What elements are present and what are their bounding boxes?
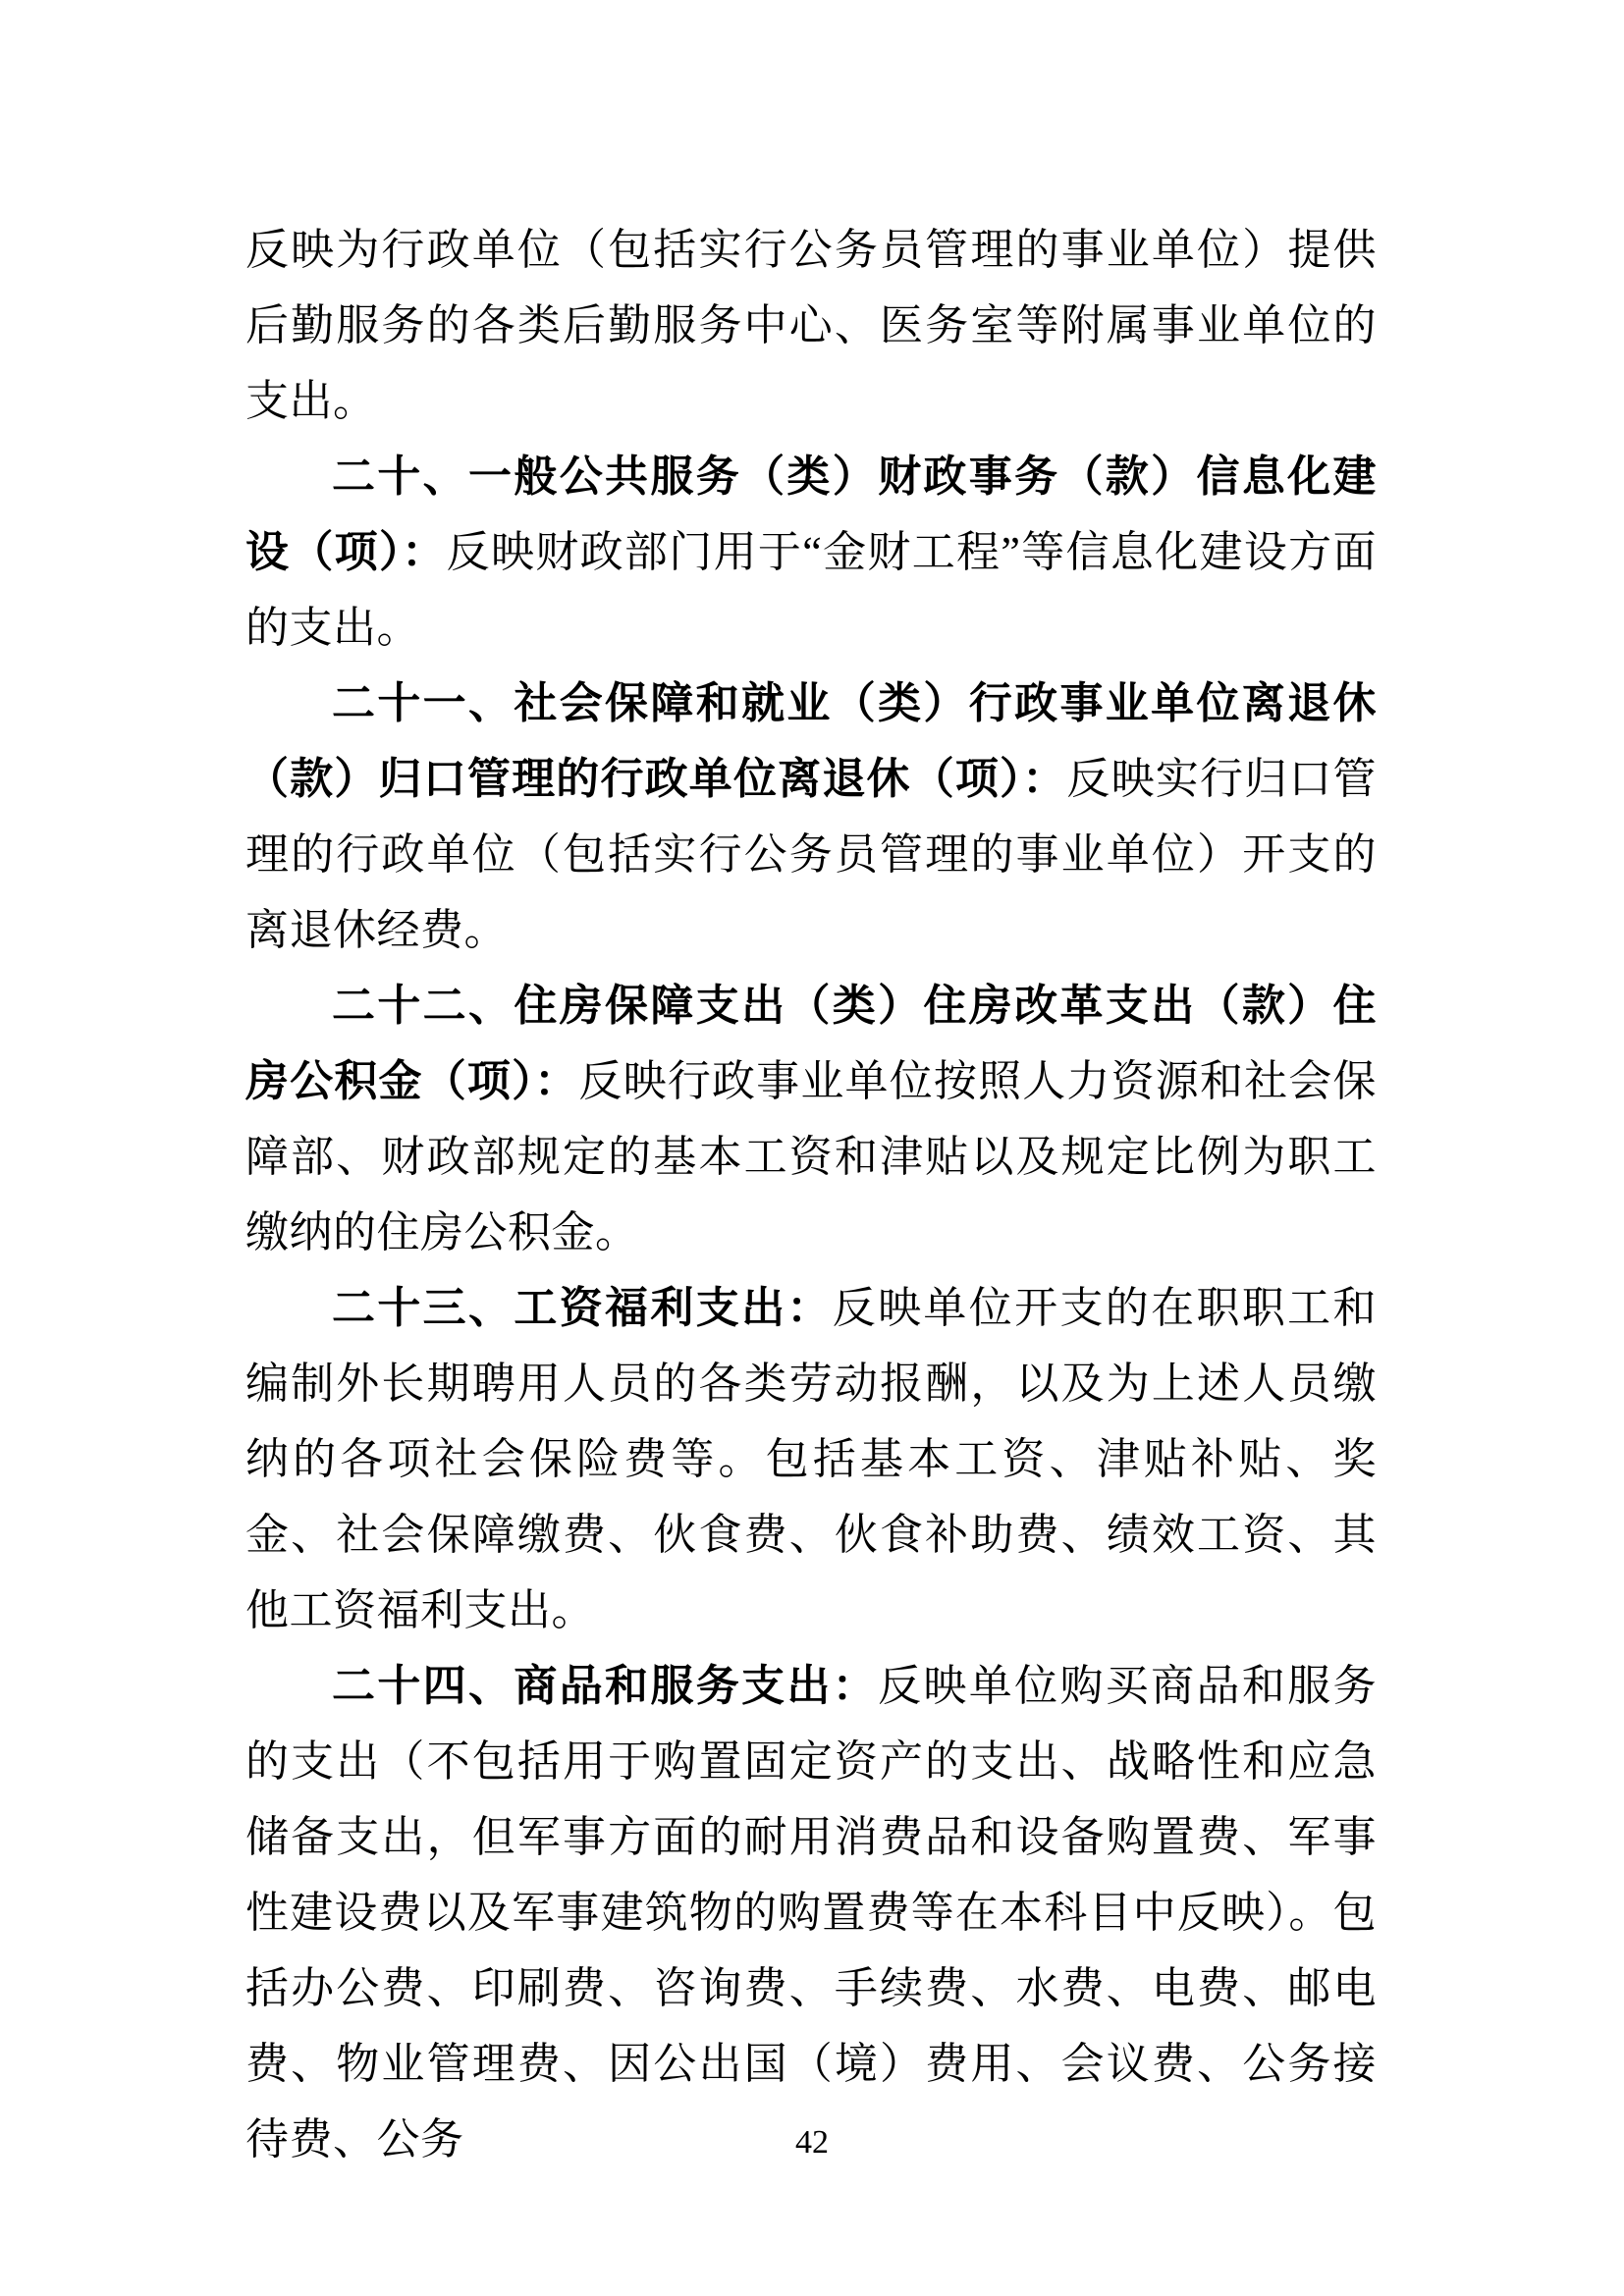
paragraph-body: 反映单位购买商品和服务的支出（不包括用于购置固定资产的支出、战略性和应急储备支出… xyxy=(245,1662,1377,2163)
text-block: 反映为行政单位（包括实行公务员管理的事业单位）提供后勤服务的各类后勤服务中心、医… xyxy=(245,212,1377,2177)
paragraph: 二十四、商品和服务支出：反映单位购买商品和服务的支出（不包括用于购置固定资产的支… xyxy=(245,1648,1377,2177)
document-page: 反映为行政单位（包括实行公务员管理的事业单位）提供后勤服务的各类后勤服务中心、医… xyxy=(0,0,1624,2296)
paragraph: 二十一、社会保障和就业（类）行政事业单位离退休（款）归口管理的行政单位离退休（项… xyxy=(245,666,1377,968)
paragraph-body: 反映单位开支的在职职工和编制外长期聘用人员的各类劳动报酬，以及为上述人员缴纳的各… xyxy=(245,1284,1377,1634)
paragraph-body: 反映为行政单位（包括实行公务员管理的事业单位）提供后勤服务的各类后勤服务中心、医… xyxy=(245,226,1377,425)
page-number: 42 xyxy=(0,2123,1624,2163)
paragraph: 二十、一般公共服务（类）财政事务（款）信息化建设（项）：反映财政部门用于“金财工… xyxy=(245,439,1377,666)
paragraph: 反映为行政单位（包括实行公务员管理的事业单位）提供后勤服务的各类后勤服务中心、医… xyxy=(245,212,1377,439)
paragraph-heading: 二十三、工资福利支出： xyxy=(332,1284,833,1332)
paragraph: 二十三、工资福利支出：反映单位开支的在职职工和编制外长期聘用人员的各类劳动报酬，… xyxy=(245,1270,1377,1648)
paragraph-heading: 二十四、商品和服务支出： xyxy=(332,1662,878,1710)
paragraph: 二十二、住房保障支出（类）住房改革支出（款）住房公积金（项）：反映行政事业单位按… xyxy=(245,968,1377,1270)
